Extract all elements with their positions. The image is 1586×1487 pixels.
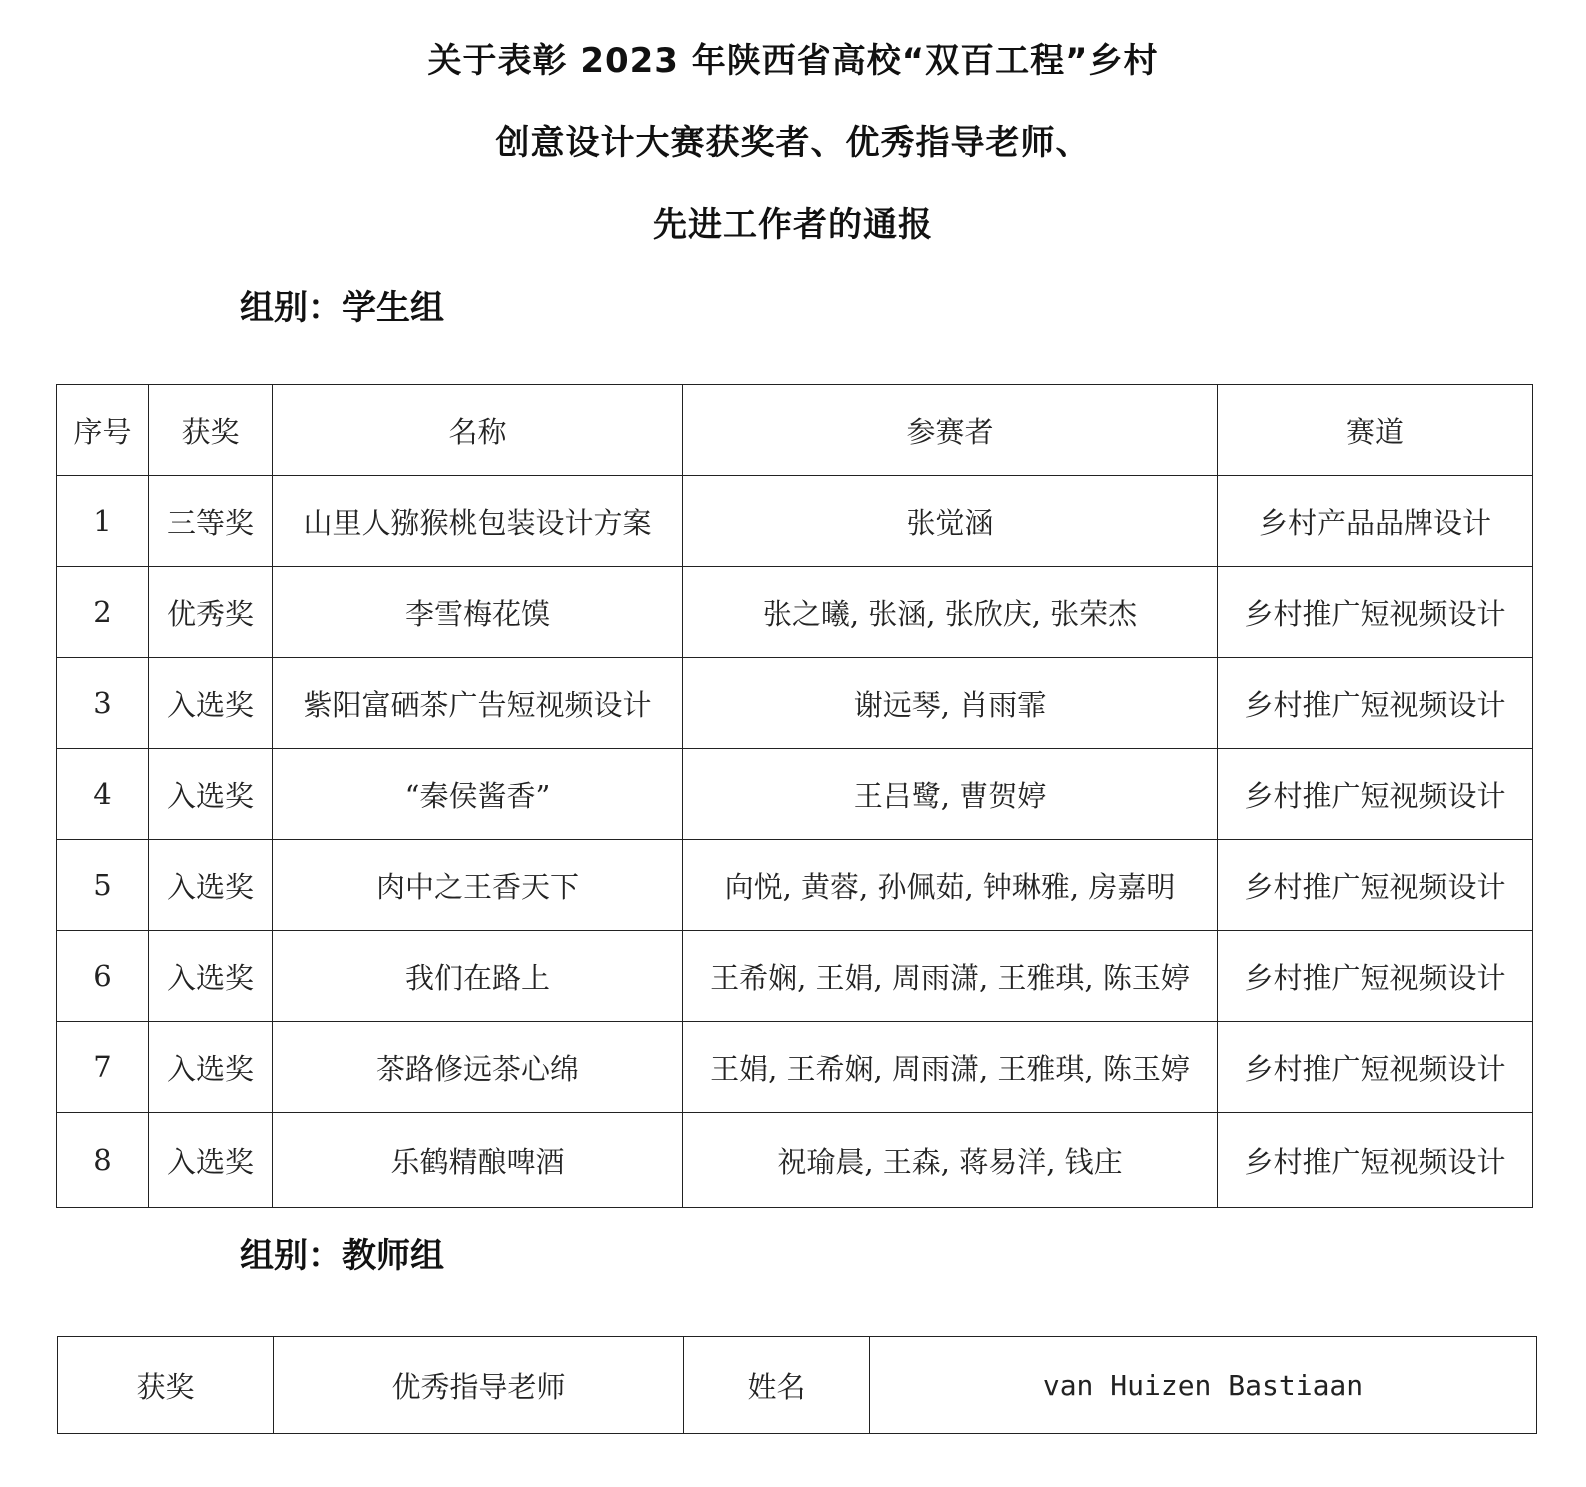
- cell-participants: 张之曦, 张涵, 张欣庆, 张荣杰: [683, 567, 1218, 658]
- cell-award: 三等奖: [149, 476, 273, 567]
- table-row: 8 入选奖 乐鹤精酿啤酒 祝瑜晨, 王森, 蒋易洋, 钱庄 乡村推广短视频设计: [57, 1113, 1533, 1208]
- cell-no: 7: [57, 1022, 149, 1113]
- table-row: 3 入选奖 紫阳富硒茶广告短视频设计 谢远琴, 肖雨霏 乡村推广短视频设计: [57, 658, 1533, 749]
- cell-track: 乡村推广短视频设计: [1218, 1113, 1533, 1208]
- award-value-cell: 优秀指导老师: [274, 1337, 684, 1434]
- cell-participants: 王吕鹭, 曹贺婷: [683, 749, 1218, 840]
- document-title-line-3: 先进工作者的通报: [0, 197, 1586, 246]
- cell-name: 肉中之王香天下: [273, 840, 683, 931]
- table-row: 5 入选奖 肉中之王香天下 向悦, 黄蓉, 孙佩茹, 钟琳雅, 房嘉明 乡村推广…: [57, 840, 1533, 931]
- cell-participants: 王娟, 王希娴, 周雨潇, 王雅琪, 陈玉婷: [683, 1022, 1218, 1113]
- cell-track: 乡村推广短视频设计: [1218, 840, 1533, 931]
- cell-name: 山里人猕猴桃包装设计方案: [273, 476, 683, 567]
- cell-track: 乡村推广短视频设计: [1218, 1022, 1533, 1113]
- table-header-row: 序号 获奖 名称 参赛者 赛道: [57, 385, 1533, 476]
- cell-award: 优秀奖: [149, 567, 273, 658]
- cell-track: 乡村推广短视频设计: [1218, 749, 1533, 840]
- teacher-award-table: 获奖 优秀指导老师 姓名 van Huizen Bastiaan: [57, 1336, 1537, 1434]
- column-header-no: 序号: [57, 385, 149, 476]
- name-value-cell: van Huizen Bastiaan: [870, 1337, 1537, 1434]
- student-award-table: 序号 获奖 名称 参赛者 赛道 1 三等奖 山里人猕猴桃包装设计方案 张觉涵 乡…: [56, 384, 1533, 1208]
- table-row: 1 三等奖 山里人猕猴桃包装设计方案 张觉涵 乡村产品品牌设计: [57, 476, 1533, 567]
- cell-no: 8: [57, 1113, 149, 1208]
- cell-track: 乡村推广短视频设计: [1218, 931, 1533, 1022]
- table-row: 2 优秀奖 李雪梅花馍 张之曦, 张涵, 张欣庆, 张荣杰 乡村推广短视频设计: [57, 567, 1533, 658]
- cell-no: 1: [57, 476, 149, 567]
- column-header-track: 赛道: [1218, 385, 1533, 476]
- document-title-line-1: 关于表彰 2023 年陕西省高校“双百工程”乡村: [0, 33, 1586, 82]
- column-header-name: 名称: [273, 385, 683, 476]
- cell-name: 乐鹤精酿啤酒: [273, 1113, 683, 1208]
- cell-award: 入选奖: [149, 1022, 273, 1113]
- cell-award: 入选奖: [149, 1113, 273, 1208]
- document-title-line-2: 创意设计大赛获奖者、优秀指导老师、: [0, 115, 1586, 164]
- cell-no: 3: [57, 658, 149, 749]
- cell-name: 李雪梅花馍: [273, 567, 683, 658]
- table-row: 4 入选奖 “秦侯酱香” 王吕鹭, 曹贺婷 乡村推广短视频设计: [57, 749, 1533, 840]
- cell-no: 6: [57, 931, 149, 1022]
- cell-name: 我们在路上: [273, 931, 683, 1022]
- cell-award: 入选奖: [149, 931, 273, 1022]
- table-row: 获奖 优秀指导老师 姓名 van Huizen Bastiaan: [58, 1337, 1537, 1434]
- cell-track: 乡村推广短视频设计: [1218, 567, 1533, 658]
- cell-name: 紫阳富硒茶广告短视频设计: [273, 658, 683, 749]
- cell-name: 茶路修远茶心绵: [273, 1022, 683, 1113]
- cell-award: 入选奖: [149, 840, 273, 931]
- column-header-participants: 参赛者: [683, 385, 1218, 476]
- cell-no: 2: [57, 567, 149, 658]
- table-row: 7 入选奖 茶路修远茶心绵 王娟, 王希娴, 周雨潇, 王雅琪, 陈玉婷 乡村推…: [57, 1022, 1533, 1113]
- cell-name: “秦侯酱香”: [273, 749, 683, 840]
- student-group-heading: 组别：学生组: [240, 280, 444, 329]
- cell-participants: 张觉涵: [683, 476, 1218, 567]
- teacher-group-heading: 组别：教师组: [240, 1228, 444, 1277]
- cell-track: 乡村推广短视频设计: [1218, 658, 1533, 749]
- cell-award: 入选奖: [149, 749, 273, 840]
- name-label-cell: 姓名: [684, 1337, 870, 1434]
- cell-track: 乡村产品品牌设计: [1218, 476, 1533, 567]
- table-row: 6 入选奖 我们在路上 王希娴, 王娟, 周雨潇, 王雅琪, 陈玉婷 乡村推广短…: [57, 931, 1533, 1022]
- cell-participants: 祝瑜晨, 王森, 蒋易洋, 钱庄: [683, 1113, 1218, 1208]
- cell-award: 入选奖: [149, 658, 273, 749]
- cell-participants: 谢远琴, 肖雨霏: [683, 658, 1218, 749]
- award-label-cell: 获奖: [58, 1337, 274, 1434]
- cell-no: 4: [57, 749, 149, 840]
- cell-participants: 王希娴, 王娟, 周雨潇, 王雅琪, 陈玉婷: [683, 931, 1218, 1022]
- column-header-award: 获奖: [149, 385, 273, 476]
- cell-no: 5: [57, 840, 149, 931]
- cell-participants: 向悦, 黄蓉, 孙佩茹, 钟琳雅, 房嘉明: [683, 840, 1218, 931]
